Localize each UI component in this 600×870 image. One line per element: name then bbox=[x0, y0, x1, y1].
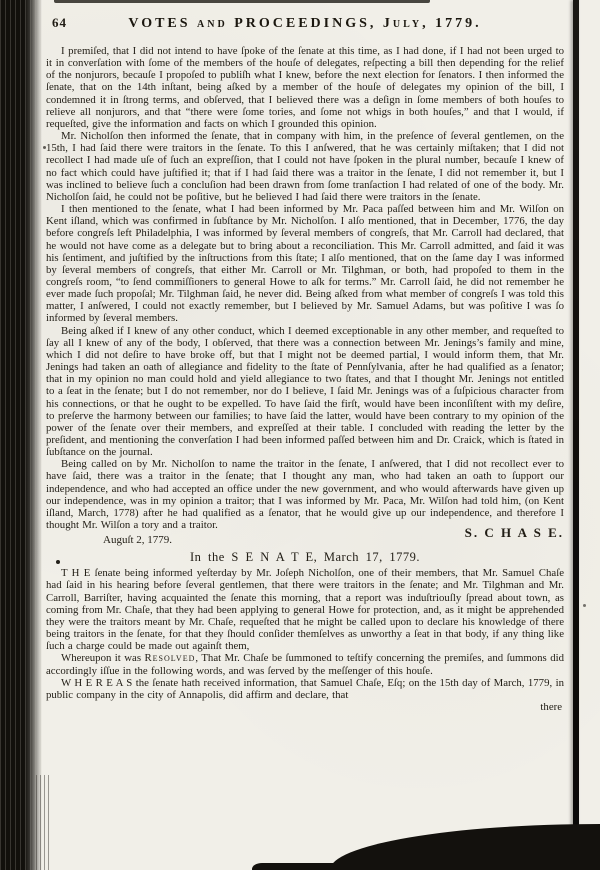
signature-block: Auguſt 2, 1779.S. C H A S E. bbox=[46, 531, 564, 547]
signature-date: Auguſt 2, 1779. bbox=[103, 534, 172, 546]
text-run: Being called on by Mr. Nicholſon to name… bbox=[46, 458, 564, 531]
text-run: Whereupon it was bbox=[61, 652, 144, 664]
paragraph: Mr. Nicholſon then informed the ſenate, … bbox=[46, 130, 564, 203]
page-title: VOTES and PROCEEDINGS, July, 1779. bbox=[88, 16, 522, 32]
binding-gutter-shadow bbox=[0, 0, 42, 870]
paragraph: Being aſked if I knew of any other condu… bbox=[46, 325, 564, 459]
page-body: I premiſed, that I did not intend to hav… bbox=[46, 45, 564, 713]
page-edge-shadow-right bbox=[573, 0, 579, 828]
text-run: In the S E N A T E, March 17, 1779. bbox=[190, 550, 420, 564]
text-run: Being aſked if I knew of any other condu… bbox=[46, 325, 564, 459]
text-run: T H E ſenate being informed yeſterday by… bbox=[46, 567, 564, 652]
ink-speck bbox=[583, 604, 586, 607]
section-heading: In the S E N A T E, March 17, 1779. bbox=[46, 550, 564, 565]
text-run: I then mentioned to the ſenate, what I h… bbox=[46, 203, 564, 324]
paragraph: Whereupon it was Resolved, That Mr. Chaſ… bbox=[46, 652, 564, 676]
text-run: I premiſed, that I did not intend to hav… bbox=[46, 45, 564, 130]
scanned-page: 64 VOTES and PROCEEDINGS, July, 1779. I … bbox=[0, 0, 600, 870]
paragraph: W H E R E A S the ſenate hath received i… bbox=[46, 677, 564, 701]
paragraph: T H E ſenate being informed yeſterday by… bbox=[46, 567, 564, 652]
paragraph: Being called on by Mr. Nicholſon to name… bbox=[46, 458, 564, 531]
text-run: W H E R E A S the ſenate hath received i… bbox=[46, 677, 564, 701]
signature-name: S. C H A S E. bbox=[465, 525, 564, 541]
catchword: there bbox=[46, 701, 564, 713]
page-curl-shadow-bottom bbox=[330, 824, 600, 870]
gutter-streaks bbox=[36, 775, 50, 870]
scan-edge-top bbox=[54, 0, 430, 3]
text-run: Resolved bbox=[144, 652, 195, 664]
paragraph: I then mentioned to the ſenate, what I h… bbox=[46, 203, 564, 325]
paragraph: I premiſed, that I did not intend to hav… bbox=[46, 45, 564, 130]
page-number: 64 bbox=[46, 15, 88, 31]
page-header: 64 VOTES and PROCEEDINGS, July, 1779. bbox=[46, 15, 564, 32]
text-run: Mr. Nicholſon then informed the ſenate, … bbox=[46, 130, 564, 203]
